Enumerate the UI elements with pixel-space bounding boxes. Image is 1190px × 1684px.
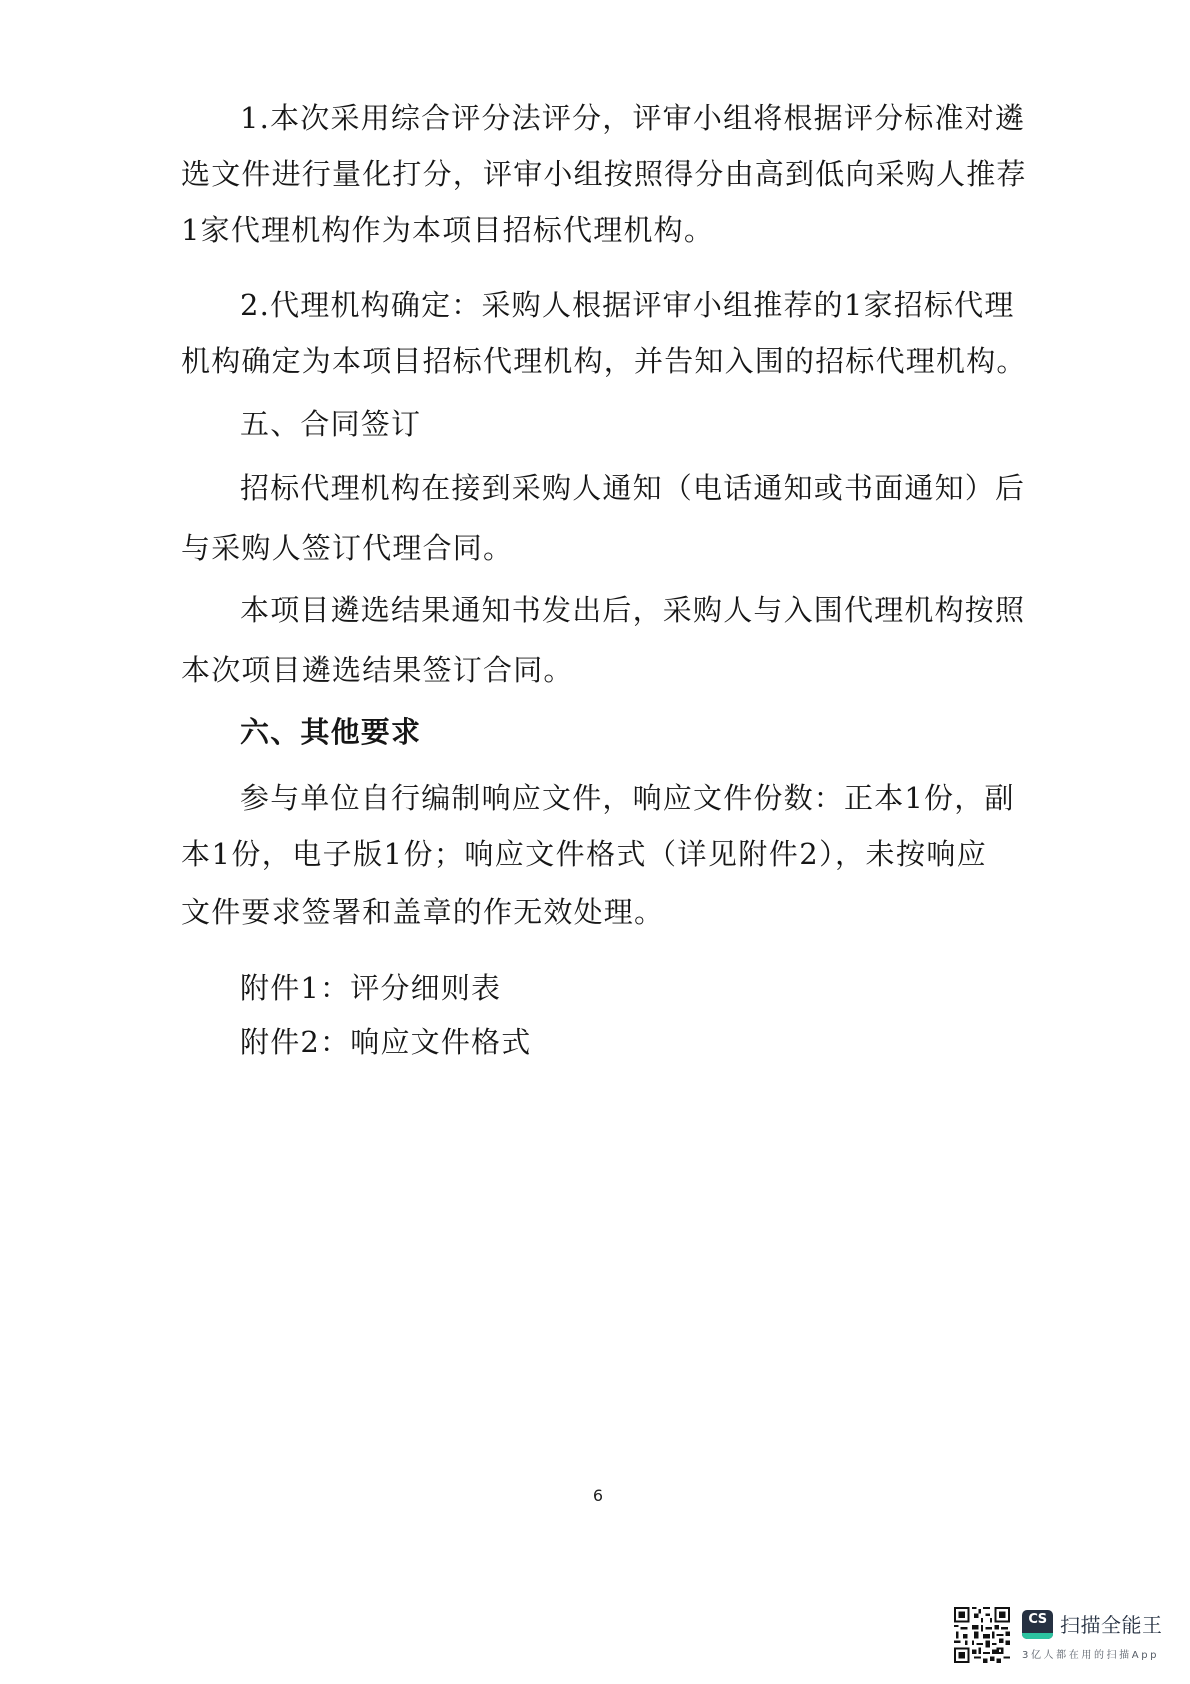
document-page: 1.本次采用综合评分法评分，评审小组将根据评分标准对遴选文件进行量化打分，评审小…: [0, 0, 1190, 1684]
text-line: 本项目遴选结果通知书发出后，采购人与入围代理机构按照: [240, 590, 988, 630]
text-line: 附件1：评分细则表: [240, 968, 988, 1008]
text-line: 2.代理机构确定：采购人根据评审小组推荐的1家招标代理: [240, 285, 988, 325]
text-line: 1家代理机构作为本项目招标代理机构。: [181, 210, 987, 250]
text-line: 附件2：响应文件格式: [240, 1022, 988, 1062]
text-line: 机构确定为本项目招标代理机构，并告知入围的招标代理机构。: [181, 341, 987, 381]
camscanner-watermark: CS 扫描全能王 3亿人都在用的扫描App: [954, 1604, 1174, 1668]
text-line: 与采购人签订代理合同。: [181, 528, 987, 568]
text-line: 选文件进行量化打分，评审小组按照得分由高到低向采购人推荐: [181, 154, 987, 194]
logo-accent-bar: [1022, 1633, 1053, 1639]
text-line: 本次项目遴选结果签订合同。: [181, 650, 987, 690]
text-line: 本1份，电子版1份；响应文件格式（详见附件2），未按响应: [181, 834, 987, 874]
text-line: 招标代理机构在接到采购人通知（电话通知或书面通知）后: [240, 468, 988, 508]
text-line: 1.本次采用综合评分法评分，评审小组将根据评分标准对遴: [240, 98, 988, 138]
section-heading: 五、合同签订: [240, 404, 988, 444]
page-number: 6: [588, 1486, 608, 1505]
brand-name: 扫描全能王: [1060, 1609, 1163, 1638]
logo-text: CS: [1022, 1612, 1053, 1627]
text-line: 文件要求签署和盖章的作无效处理。: [181, 892, 987, 932]
brand-tagline: 3亿人都在用的扫描App: [1022, 1646, 1159, 1661]
qr-code-icon: [954, 1607, 1010, 1663]
text-line: 参与单位自行编制响应文件，响应文件份数：正本1份，副: [240, 778, 988, 818]
section-heading: 六、其他要求: [240, 712, 988, 752]
camscanner-logo-icon: CS: [1022, 1610, 1053, 1639]
